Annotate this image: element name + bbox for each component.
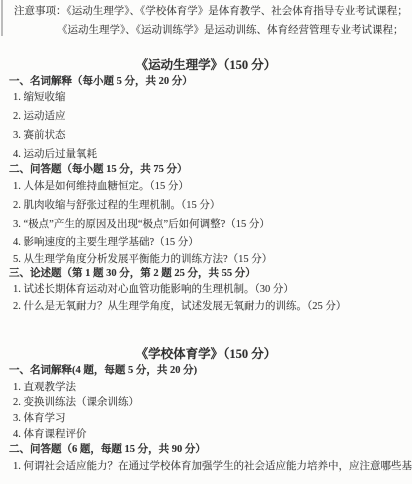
section-heading-qa: 二、问答题（每小题 15 分，共 75 分） (9, 163, 188, 177)
exam-item: 1. 何谓社会适应能力？在通过学校体育加强学生的社会适应能力培养中，应注意哪些基… (13, 460, 412, 474)
exam-item: 3. “极点”产生的原因及出现“极点”后如何调整?（15 分） (13, 218, 270, 232)
exam-item: 2. 肌肉收缩与舒张过程的生理机制。（15 分） (13, 199, 220, 213)
exam-item: 3. 体育学习 (13, 412, 66, 426)
scan-edge-artifact (1, 0, 3, 36)
exam-item: 1. 人体是如何维持血糖恒定。（15 分） (13, 180, 189, 194)
course-title-school-pe: 《学校体育学》（150 分） (0, 347, 412, 361)
course-title-physiology: 《运动生理学》（150 分） (0, 58, 412, 72)
notice-line-1: 注意事项：《运动生理学》、《学校体育学》是体育教学、社会体育指导专业考试课程； (14, 5, 408, 19)
exam-item: 5. 从生理学角度分析发展平衡能力的训练方法?（15 分） (13, 253, 272, 267)
notice-line-2: 《运动生理学》、《运动训练学》是运动训练、体育经营管理专业考试课程； (57, 24, 404, 38)
exam-paper-page: 注意事项：《运动生理学》、《学校体育学》是体育教学、社会体育指导专业考试课程； … (0, 0, 412, 484)
notice-text-1: 《运动生理学》、《学校体育学》是体育教学、社会体育指导专业考试课程； (67, 6, 408, 17)
exam-item: 4. 运动后过量氧耗 (13, 148, 97, 162)
exam-item: 2. 运动适应 (13, 110, 66, 124)
exam-item: 1. 试述长期体育运动对心血管功能影响的生理机制。（30 分） (13, 283, 294, 297)
section-heading-essay: 三、论述题（第 1 题 30 分，第 2 题 25 分，共 55 分） (9, 267, 256, 281)
section-heading-terms: 一、名词解释（每小题 5 分，共 20 分） (9, 75, 193, 89)
notice-label: 注意事项： (14, 6, 67, 17)
exam-item: 4. 体育课程评价 (13, 428, 87, 442)
exam-item: 2. 什么是无氧耐力？从生理学角度，试述发展无氧耐力的训练。（25 分） (13, 300, 346, 314)
exam-item: 1. 直观教学法 (13, 381, 76, 395)
exam-item: 3. 赛前状态 (13, 129, 66, 143)
exam-item: 2. 变换训练法（课余训练） (13, 396, 139, 410)
section-heading-qa-2: 二、问答题（6 题，每题 15 分，共 90 分） (9, 443, 206, 457)
section-heading-terms-2: 一、名词解释(4 题，每题 5 分，共 20 分) (9, 364, 197, 378)
exam-item: 1. 缩短收缩 (13, 91, 66, 105)
exam-item: 4. 影响速度的主要生理学基础?（15 分） (13, 236, 199, 250)
